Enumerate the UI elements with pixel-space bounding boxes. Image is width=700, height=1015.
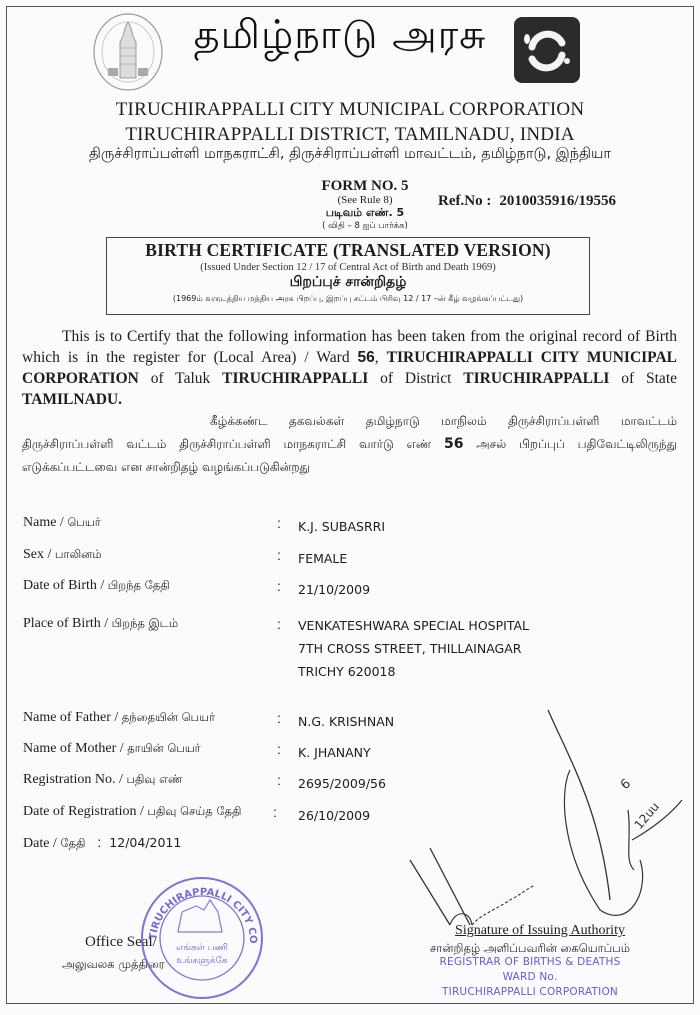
- ward-number-tamil: 56: [444, 436, 463, 452]
- registrar-stamp-line: REGISTRAR OF BIRTHS & DEATHS: [420, 955, 640, 970]
- certificate-title-box: BIRTH CERTIFICATE (TRANSLATED VERSION) (…: [106, 237, 590, 315]
- field-label: Registration No. / பதிவு எண்: [23, 772, 183, 788]
- para-text: of District: [368, 370, 463, 387]
- field-value: N.G. KRISHNAN: [298, 710, 394, 733]
- issue-date-value: 12/04/2011: [109, 835, 181, 850]
- field-colon: :: [277, 710, 281, 726]
- see-rule-tamil: ( விதி – 8 ஐப் பார்க்க): [270, 221, 460, 232]
- field-colon: :: [273, 804, 277, 820]
- issue-date-label: Date /: [23, 836, 60, 851]
- form-number: FORM NO. 5: [270, 178, 460, 195]
- tamil-nadu-emblem-icon: [90, 12, 166, 94]
- ward-number: 56: [358, 349, 375, 366]
- state: TAMILNADU.: [22, 391, 122, 408]
- certificate-subtitle-tamil: (1969ம் வருடத்திய மத்திய அரசு பிறப்பு, இ…: [107, 294, 589, 304]
- ref-value: 2010035916/19556: [499, 193, 616, 209]
- certificate-title-tamil: பிறப்புச் சான்றிதழ்: [107, 274, 589, 292]
- registrar-stamp: REGISTRAR OF BIRTHS & DEATHS WARD No. TI…: [420, 955, 640, 1000]
- field-colon: :: [277, 547, 281, 563]
- tamil-address-line: திருச்சிராப்பள்ளி மாநகராட்சி, திருச்சிரா…: [0, 146, 700, 164]
- certificate-subtitle: (Issued Under Section 12 / 17 of Central…: [107, 262, 589, 273]
- field-label: Name of Father / தந்தையின் பெயர்: [23, 710, 215, 726]
- certification-paragraph-tamil: கீழ்க்கண்ட தகவல்கள் தமிழ்நாடு மாநிலம் தி…: [22, 410, 677, 479]
- field-colon: :: [277, 741, 281, 757]
- field-value: 21/10/2009: [298, 578, 370, 601]
- field-label: Date of Birth / பிறந்த தேதி: [23, 578, 170, 594]
- ref-label: Ref.No :: [438, 193, 491, 209]
- para-text: of State: [609, 370, 677, 387]
- field-label: Sex / பாலினம்: [23, 547, 102, 563]
- field-colon: :: [277, 616, 281, 632]
- field-value: FEMALE: [298, 547, 347, 570]
- registrar-stamp-line: WARD No.: [420, 970, 640, 985]
- corporation-name: TIRUCHIRAPPALLI CITY MUNICIPAL CORPORATI…: [0, 99, 700, 121]
- district-line: TIRUCHIRAPPALLI DISTRICT, TAMILNADU, IND…: [0, 124, 700, 146]
- svg-text:உங்களுக்கே: உங்களுக்கே: [176, 956, 228, 966]
- form-number-block: FORM NO. 5 (See Rule 8) படிவம் எண். 5 ( …: [270, 178, 460, 232]
- field-value: K. JHANANY: [298, 741, 371, 764]
- issue-date: Date / தேதி:12/04/2011: [23, 834, 181, 852]
- reference-number: Ref.No :2010035916/19556: [438, 193, 616, 210]
- field-label: Place of Birth / பிறந்த இடம்: [23, 616, 178, 632]
- field-colon: :: [97, 834, 101, 850]
- field-colon: :: [277, 772, 281, 788]
- district: TIRUCHIRAPPALLI: [463, 370, 609, 387]
- field-label: Date of Registration / பதிவு செய்த தேதி: [23, 804, 241, 820]
- see-rule: (See Rule 8): [270, 194, 460, 206]
- tn-gov-logo-icon: [514, 17, 580, 83]
- svg-text:எங்கள் பணி: எங்கள் பணி: [176, 943, 228, 953]
- signature-label: Signature of Issuing Authority: [420, 923, 660, 939]
- field-value: VENKATESHWARA SPECIAL HOSPITAL7TH CROSS …: [298, 614, 529, 683]
- certification-paragraph-english: This is to Certify that the following in…: [22, 326, 677, 410]
- field-value: K.J. SUBASRRI: [298, 515, 385, 538]
- corporation-seal-stamp-icon: TIRUCHIRAPPALLI CITY CORPORATION எங்கள் …: [138, 870, 266, 1002]
- field-colon: :: [277, 515, 281, 531]
- field-colon: :: [277, 578, 281, 594]
- field-value: 26/10/2009: [298, 804, 370, 827]
- field-value: 2695/2009/56: [298, 772, 386, 795]
- field-label: Name of Mother / தாயின் பெயர்: [23, 741, 201, 757]
- para-text: ,: [375, 349, 387, 366]
- issue-date-label-tamil: தேதி: [60, 836, 85, 850]
- taluk: TIRUCHIRAPPALLI: [222, 370, 368, 387]
- para-text: of Taluk: [139, 370, 222, 387]
- field-label: Name / பெயர்: [23, 515, 101, 531]
- registrar-stamp-line: TIRUCHIRAPPALLI CORPORATION: [420, 985, 640, 1000]
- form-number-tamil: படிவம் எண். 5: [270, 206, 460, 221]
- certificate-title: BIRTH CERTIFICATE (TRANSLATED VERSION): [107, 240, 589, 261]
- header-title-tamil: தமிழ்நாடு அரசு: [180, 12, 500, 63]
